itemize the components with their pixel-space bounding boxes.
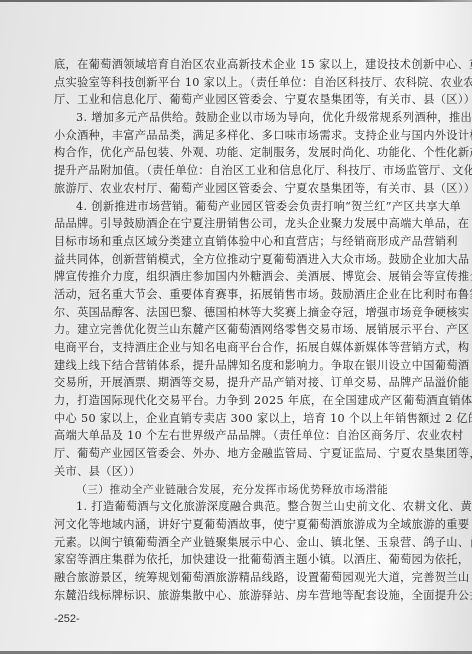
text-line: 尔、英国品醇客、法国巴黎、德国柏林等大奖赛上摘金夺冠，增强市场竞争硬核实 bbox=[54, 304, 420, 322]
text-line: 品品牌。引导鼓励酒企在宁夏注册销售公司，龙头企业聚力发展中高端大单品，在 bbox=[54, 215, 420, 233]
text-line: 家窑等酒庄集群为依托，加快建设一批葡萄酒主题小镇。以酒庄、葡萄园为依托， bbox=[54, 551, 420, 569]
text-line: 构合作，优化产品包装、外观、功能、定制服务，发展时尚化、功能化、个性化新产品， bbox=[54, 144, 420, 162]
text-line: 底，在葡萄酒领域培育自治区农业高新技术企业 15 家以上，建设技术创新中心、重 bbox=[54, 56, 420, 74]
text-line: 旅游厅、农业农村厅、葡萄产业园区管委会、宁夏农垦集团等，有关市、县（区）） bbox=[54, 180, 420, 198]
page-top-edge bbox=[0, 0, 472, 2]
text-line: 厅、葡萄产业园区管委会、外办、地方金融监管局、宁夏证监局、宁夏农垦集团等，有 bbox=[54, 445, 420, 463]
text-line: 目标市场和重点区域分类建立直销体验中心和直营店；与经销商形成产品营销利 bbox=[54, 233, 420, 251]
text-line: 1. 打造葡萄酒与文化旅游深度融合典范。整合贺兰山史前文化、农耕文化、黄 bbox=[54, 498, 420, 516]
text-line: 融合旅游景区，统筹规划葡萄酒旅游精品线路，设置葡萄园观光大道，完善贺兰山 bbox=[54, 569, 420, 587]
text-line: 电商平台，支持酒庄企业与知名电商平台合作，拓展自媒体新媒体等营销方式，构 bbox=[54, 339, 420, 357]
text-line: 活动，冠名重大节会、重要体育赛事，拓展销售市场。鼓励酒庄企业在比利时布鲁塞 bbox=[54, 286, 420, 304]
text-line: 点实验室等科技创新平台 10 家以上。（责任单位：自治区科技厅、农科院、农业农村 bbox=[54, 74, 420, 92]
text-line: 中心 50 家以上，企业直销专卖店 300 家以上，培育 10 个以上年销售额过… bbox=[54, 410, 420, 428]
text-line: 益共同体，创新营销模式，全方位推动宁夏葡萄酒进入大众市场。鼓励企业加大品 bbox=[54, 251, 420, 269]
text-line: 元素。以闽宁镇葡萄酒全产业链聚集展示中心、金山、镇北堡、玉泉营、鸽子山、肖 bbox=[54, 534, 420, 552]
text-line: 高端大单品及 10 个左右世界级产品品牌。（责任单位：自治区商务厅、农业农村 bbox=[54, 427, 420, 445]
text-line: 东麓沿线标牌标识、旅游集散中心、旅游驿站、房车营地等配套设施，全面提升公共 bbox=[54, 587, 420, 605]
text-line: 河文化等地域内涵，讲好宁夏葡萄酒故事，使宁夏葡萄酒旅游成为全域旅游的重要 bbox=[54, 516, 420, 534]
page-number: -252- bbox=[54, 613, 80, 625]
text-line: 力，打造国际现代化交易平台。力争到 2025 年底，在全国建成产区葡萄酒直销体验 bbox=[54, 392, 420, 410]
text-line: 关市、县（区）） bbox=[54, 463, 420, 481]
text-line: 厅、工业和信息化厅、葡萄产业园区管委会、宁夏农垦集团等，有关市、县（区）） bbox=[54, 91, 420, 109]
text-line: 牌宣传推介力度，组织酒庄参加国内外糖酒会、美酒展、博览会、展销会等宣传推介 bbox=[54, 268, 420, 286]
text-line: 建线上线下结合营销体系，提升品牌知名度和影响力。争取在银川设立中国葡萄酒 bbox=[54, 357, 420, 375]
text-line: 力。建立完善优化贺兰山东麓产区葡萄酒网络零售交易市场、展销展示平台、产区 bbox=[54, 321, 420, 339]
text-line: 小众酒种，丰富产品品类，满足多样化、多口味市场需求。支持企业与国内外设计机 bbox=[54, 127, 420, 145]
page-body-text: 底，在葡萄酒领域培育自治区农业高新技术企业 15 家以上，建设技术创新中心、重点… bbox=[54, 56, 420, 604]
text-line: 4. 创新推进市场营销。葡萄产业园区管委会负责打响“贺兰红”产区共享大单 bbox=[54, 198, 420, 216]
text-line: 提升产品附加值。（责任单位：自治区工业和信息化厅、科技厅、市场监管厅、文化和 bbox=[54, 162, 420, 180]
text-line: （三）推动全产业链融合发展，充分发挥市场优势释放市场潜能 bbox=[54, 481, 420, 499]
text-line: 3. 增加多元产品供给。鼓励企业以市场为导向，优化升级常规系列酒种，推出 bbox=[54, 109, 420, 127]
text-line: 交易所，开展酒票、期酒等交易，提升产品产销对接、订单交易、品牌产品溢价能 bbox=[54, 374, 420, 392]
